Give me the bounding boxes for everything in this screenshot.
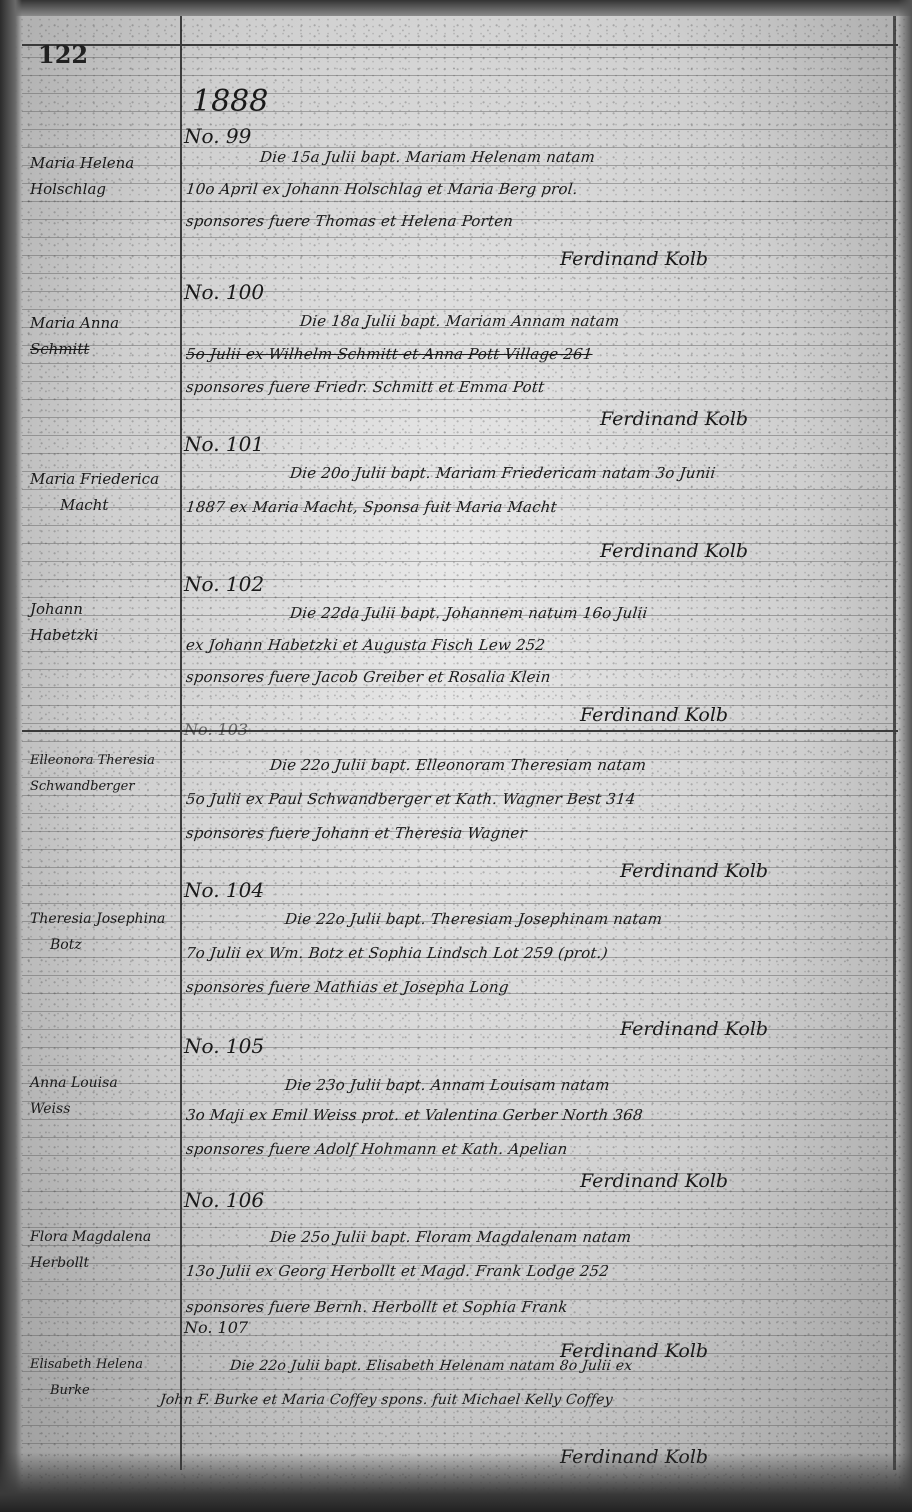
entry-number: No. 102 [184, 572, 264, 596]
header-rule [22, 44, 898, 46]
margin-name: Flora Magdalena Herbollt [30, 1224, 180, 1276]
right-edge-rule [893, 0, 896, 1470]
margin-name: Anna Louisa Weiss [30, 1070, 180, 1122]
margin-name: Elleonora Theresia Schwandberger [30, 748, 180, 800]
entry-line: 7o Julii ex Wm. Botz et Sophia Lindsch L… [185, 944, 609, 962]
entry-line: 5o Julii ex Wilhelm Schmitt et Anna Pott… [185, 345, 594, 363]
entry-number: No. 103 [184, 720, 248, 739]
priest-signature: Ferdinand Kolb [620, 860, 768, 882]
entry-line: sponsores fuere Thomas et Helena Porten [185, 212, 514, 230]
entry-line: Die 22o Julii bapt. Elleonoram Theresiam… [269, 756, 647, 774]
priest-signature: Ferdinand Kolb [600, 408, 748, 430]
margin-name: Maria Friederica Macht [30, 466, 180, 518]
entry-number: No. 101 [184, 432, 264, 456]
priest-signature: Ferdinand Kolb [580, 704, 728, 726]
margin-name: Theresia Josephina Botz [30, 906, 180, 958]
entry-line: sponsores fuere Bernh. Herbollt et Sophi… [185, 1298, 569, 1316]
register-year: 1888 [192, 84, 268, 119]
entry-number: No. 106 [184, 1188, 264, 1212]
scan-edge-right [898, 0, 912, 1512]
entry-line: ex Johann Habetzki et Augusta Fisch Lew … [185, 636, 546, 654]
section-rule [22, 730, 898, 732]
entry-number: No. 99 [184, 124, 251, 148]
entry-line: 5o Julii ex Paul Schwandberger et Kath. … [185, 790, 636, 808]
entry-line: Die 23o Julii bapt. Annam Louisam natam [284, 1076, 611, 1094]
scan-edge-bottom [0, 1452, 912, 1512]
entry-line: Die 18a Julii bapt. Mariam Annam natam [299, 312, 620, 330]
entry-line: John F. Burke et Maria Coffey spons. fui… [159, 1392, 613, 1408]
scan-edge-top [0, 0, 912, 16]
priest-signature: Ferdinand Kolb [600, 540, 748, 562]
entry-line: 1887 ex Maria Macht, Sponsa fuit Maria M… [185, 498, 558, 516]
entry-line: sponsores fuere Adolf Hohmann et Kath. A… [185, 1140, 568, 1158]
scan-edge-left [0, 0, 22, 1512]
entry-number: No. 107 [184, 1318, 248, 1337]
margin-name: Johann Habetzki [30, 596, 180, 648]
margin-rule [180, 0, 182, 1470]
entry-line: sponsores fuere Jacob Greiber et Rosalia… [185, 668, 552, 686]
entry-line: Die 22o Julii bapt. Theresiam Josephinam… [284, 910, 663, 928]
entry-number: No. 100 [184, 280, 264, 304]
entry-line: Die 22da Julii bapt. Johannem natum 16o … [289, 604, 648, 622]
entry-line: sponsores fuere Mathias et Josepha Long [185, 978, 510, 996]
entry-line: 13o Julii ex Georg Herbollt et Magd. Fra… [185, 1262, 610, 1280]
entry-line: Die 20o Julii bapt. Mariam Friedericam n… [289, 464, 716, 482]
entry-line: Die 22o Julii bapt. Elisabeth Helenam na… [229, 1358, 633, 1374]
margin-name: Elisabeth Helena Burke [30, 1352, 180, 1404]
page-number: 122 [38, 40, 88, 69]
entry-line: 3o Maji ex Emil Weiss prot. et Valentina… [185, 1106, 644, 1124]
priest-signature: Ferdinand Kolb [580, 1170, 728, 1192]
entry-line: 10o April ex Johann Holschlag et Maria B… [185, 180, 579, 198]
entry-line: Die 15a Julii bapt. Mariam Helenam natam [259, 148, 596, 166]
entry-number: No. 104 [184, 878, 264, 902]
entry-line: sponsores fuere Friedr. Schmitt et Emma … [185, 378, 545, 396]
entry-line: sponsores fuere Johann et Theresia Wagne… [185, 824, 528, 842]
entry-number: No. 105 [184, 1034, 264, 1058]
priest-signature: Ferdinand Kolb [620, 1018, 768, 1040]
margin-name: Maria Helena Holschlag [30, 150, 180, 202]
entry-line: Die 25o Julii bapt. Floram Magdalenam na… [269, 1228, 632, 1246]
scanned-register-page: 122 1888 No. 99 Maria Helena Holschlag D… [0, 0, 912, 1512]
margin-name: Maria Anna Schmitt [30, 310, 180, 362]
priest-signature: Ferdinand Kolb [560, 248, 708, 270]
